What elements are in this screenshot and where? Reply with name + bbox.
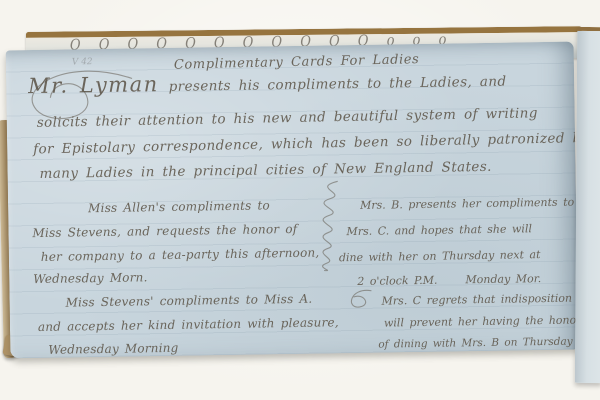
facing-page-edge	[575, 27, 600, 383]
left-column-line: Miss Allen's compliments to	[88, 198, 270, 215]
pen-flourish-small	[343, 287, 375, 315]
photo-background: O O O O O O O O O O O o o o V 42 Complim…	[0, 0, 600, 400]
left-column-date: Wednesday Morning	[48, 341, 178, 357]
time-text: 2 o'clock P.M.	[357, 274, 437, 288]
left-column-date: Wednesday Morn.	[33, 270, 148, 286]
day-text: Monday Mor.	[465, 272, 541, 286]
writer-name: Mr. Lyman	[28, 72, 159, 98]
manuscript-page: V 42 Complimentary Cards For Ladies Mr. …	[6, 42, 579, 359]
pencil-mark: V 42	[72, 57, 93, 67]
